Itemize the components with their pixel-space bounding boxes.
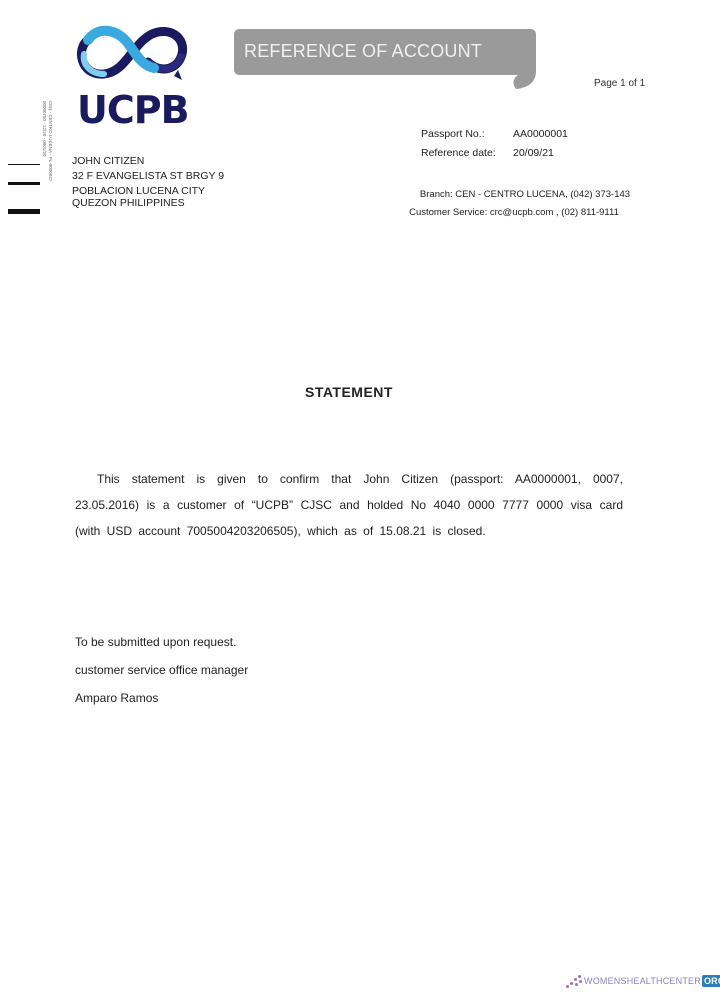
reference-date-label: Reference date:: [421, 147, 513, 166]
banner-title: REFERENCE OF ACCOUNT: [244, 41, 482, 62]
passport-value: AA0000001: [513, 128, 568, 147]
watermark: WOMENSHEALTHCENTER ORG: [566, 975, 720, 987]
passport-row: Passport No.: AA0000001: [421, 128, 568, 147]
customer-service-line: Customer Service: crc@ucpb.com , (02) 81…: [378, 204, 650, 222]
passport-label: Passport No.:: [421, 128, 513, 147]
address-line-1: 32 F EVANGELISTA ST BRGY 9: [72, 169, 224, 184]
dots-logo-icon: [566, 975, 582, 987]
statement-body: This statement is given to confirm that …: [75, 466, 623, 544]
side-reference-code: CEN - CENTRO LUCENA - PL-0000047 0000075…: [38, 100, 52, 215]
statement-paragraph: This statement is given to confirm that …: [75, 466, 623, 544]
branch-contact: Branch: CEN - CENTRO LUCENA, (042) 373-1…: [400, 186, 650, 222]
watermark-suffix: ORG: [702, 975, 720, 987]
closing-block: To be submitted upon request. customer s…: [75, 628, 248, 712]
ucpb-logo: UCPB: [74, 18, 194, 124]
fold-mark-thin: [8, 164, 40, 165]
signatory-title: customer service office manager: [75, 656, 248, 684]
reference-date-value: 20/09/21: [513, 147, 554, 166]
side-code-line-2: 00000750 - 12/20 - 0001/20: [41, 101, 47, 211]
fold-mark-thick: [8, 209, 40, 214]
branch-line: Branch: CEN - CENTRO LUCENA, (042) 373-1…: [400, 186, 650, 204]
fold-mark-medium: [8, 182, 40, 185]
account-info: Passport No.: AA0000001 Reference date: …: [421, 128, 568, 166]
watermark-text: WOMENSHEALTHCENTER: [584, 976, 701, 986]
infinity-logo-icon: [74, 18, 192, 84]
recipient-address: JOHN CITIZEN 32 F EVANGELISTA ST BRGY 9 …: [72, 154, 224, 211]
signatory-name: Amparo Ramos: [75, 684, 248, 712]
reference-date-row: Reference date: 20/09/21: [421, 147, 568, 166]
logo-wordmark: UCPB: [77, 90, 189, 130]
page-indicator: Page 1 of 1: [594, 78, 645, 89]
closing-line-1: To be submitted upon request.: [75, 628, 248, 656]
side-code-line-1: CEN - CENTRO LUCENA - PL-0000047: [47, 101, 53, 211]
recipient-name: JOHN CITIZEN: [72, 154, 224, 169]
reference-of-account-banner: REFERENCE OF ACCOUNT: [234, 29, 536, 89]
document-title: STATEMENT: [0, 384, 698, 400]
